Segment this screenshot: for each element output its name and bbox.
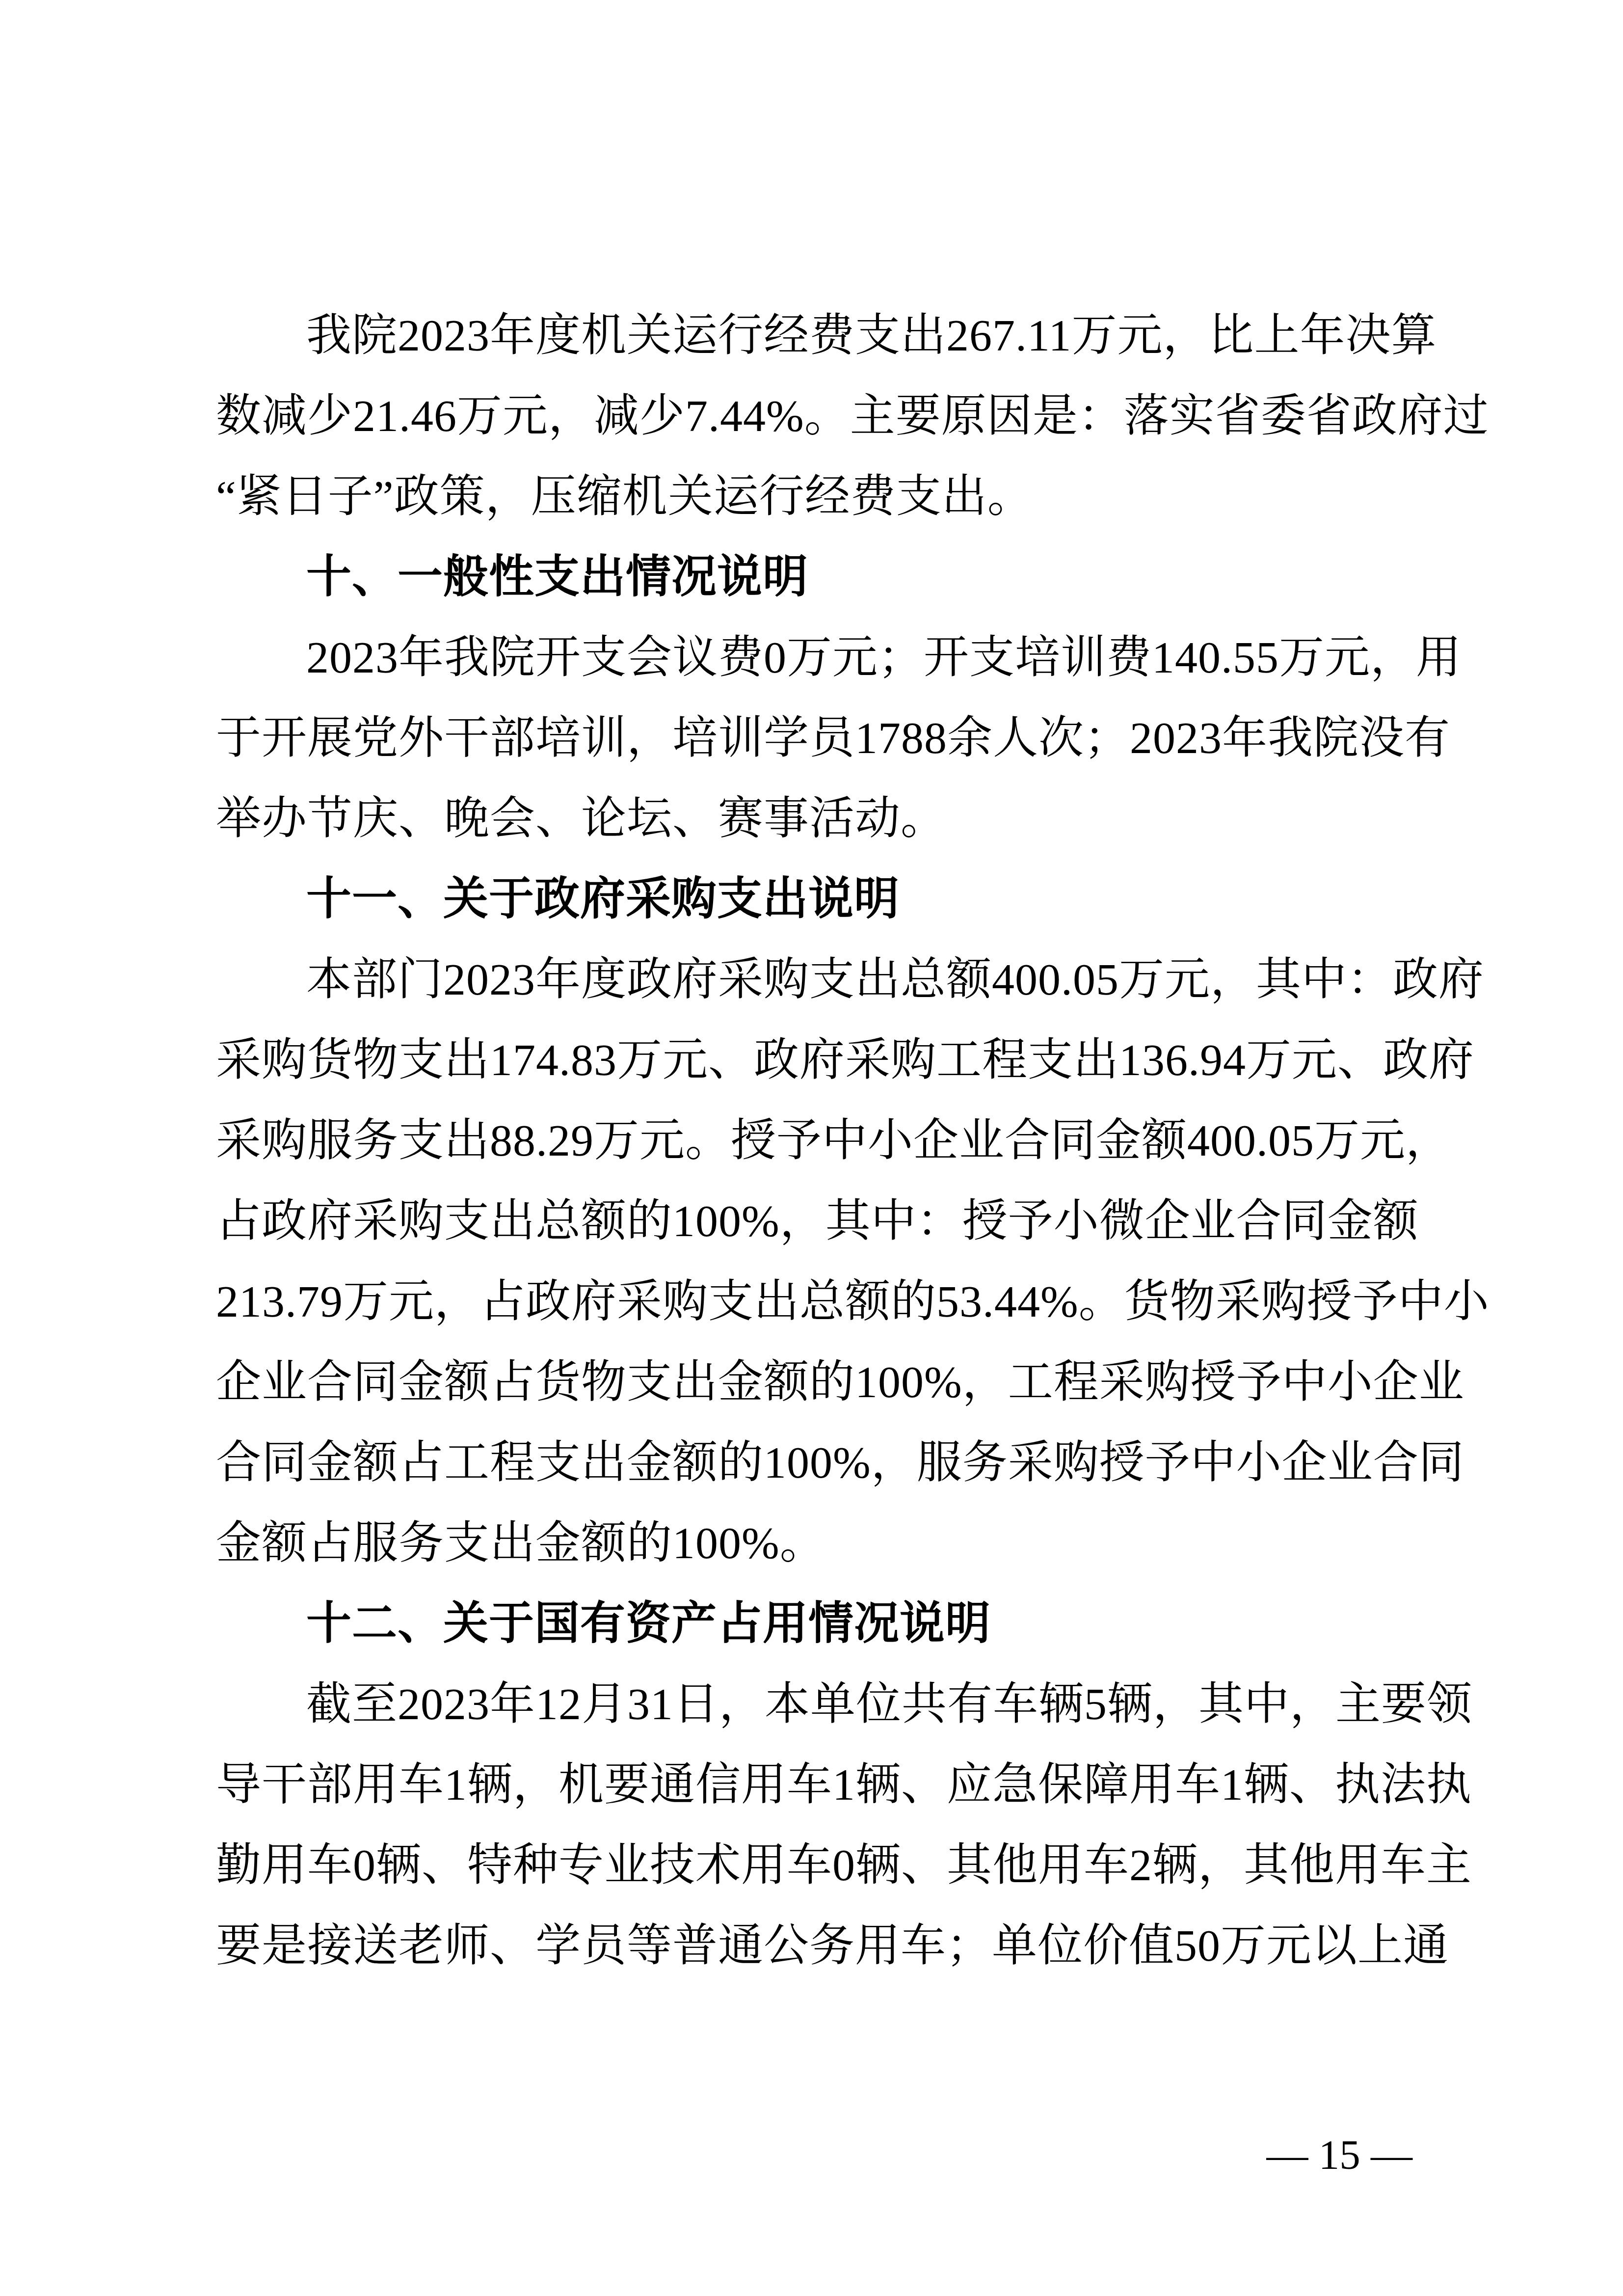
text-line: 数减少21.46万元，减少7.44%。主要原因是：落实省委省政府过 [216, 376, 1418, 456]
text-line: 勤用车0辆、特种专业技术用车0辆、其他用车2辆，其他用车主 [216, 1825, 1418, 1905]
text-line: 采购服务支出88.29万元。授予中小企业合同金额400.05万元， [216, 1100, 1418, 1181]
text-line: 举办节庆、晚会、论坛、赛事活动。 [216, 778, 1418, 859]
text-line: 合同金额占工程支出金额的100%，服务采购授予中小企业合同 [216, 1422, 1418, 1503]
document-body: 我院2023年度机关运行经费支出267.11万元，比上年决算数减少21.46万元… [216, 295, 1418, 1986]
text-line: 本部门2023年度政府采购支出总额400.05万元，其中：政府 [216, 939, 1418, 1020]
text-line: 金额占服务支出金额的100%。 [216, 1503, 1418, 1583]
page-footer: — 15 — [1267, 2115, 1413, 2195]
section-heading: 十、一般性支出情况说明 [216, 537, 1418, 617]
text-line: 2023年我院开支会议费0万元；开支培训费140.55万元，用 [216, 617, 1418, 698]
text-line: 采购货物支出174.83万元、政府采购工程支出136.94万元、政府 [216, 1020, 1418, 1100]
text-line: 企业合同金额占货物支出金额的100%，工程采购授予中小企业 [216, 1342, 1418, 1422]
text-line: 截至2023年12月31日，本单位共有车辆5辆，其中，主要领 [216, 1664, 1418, 1744]
text-line: 要是接送老师、学员等普通公务用车；单位价值50万元以上通 [216, 1905, 1418, 1986]
section-heading: 十二、关于国有资产占用情况说明 [216, 1583, 1418, 1664]
text-line: 我院2023年度机关运行经费支出267.11万元，比上年决算 [216, 295, 1418, 376]
text-line: 于开展党外干部培训，培训学员1788余人次；2023年我院没有 [216, 698, 1418, 778]
text-line: “紧日子”政策，压缩机关运行经费支出。 [216, 456, 1418, 537]
text-line: 213.79万元，占政府采购支出总额的53.44%。货物采购授予中小 [216, 1261, 1418, 1342]
section-heading: 十一、关于政府采购支出说明 [216, 859, 1418, 939]
page-number: — 15 — [1267, 2132, 1413, 2178]
text-line: 占政府采购支出总额的100%，其中：授予小微企业合同金额 [216, 1181, 1418, 1261]
document-page: 我院2023年度机关运行经费支出267.11万元，比上年决算数减少21.46万元… [0, 0, 1623, 2296]
text-line: 导干部用车1辆，机要通信用车1辆、应急保障用车1辆、执法执 [216, 1744, 1418, 1825]
